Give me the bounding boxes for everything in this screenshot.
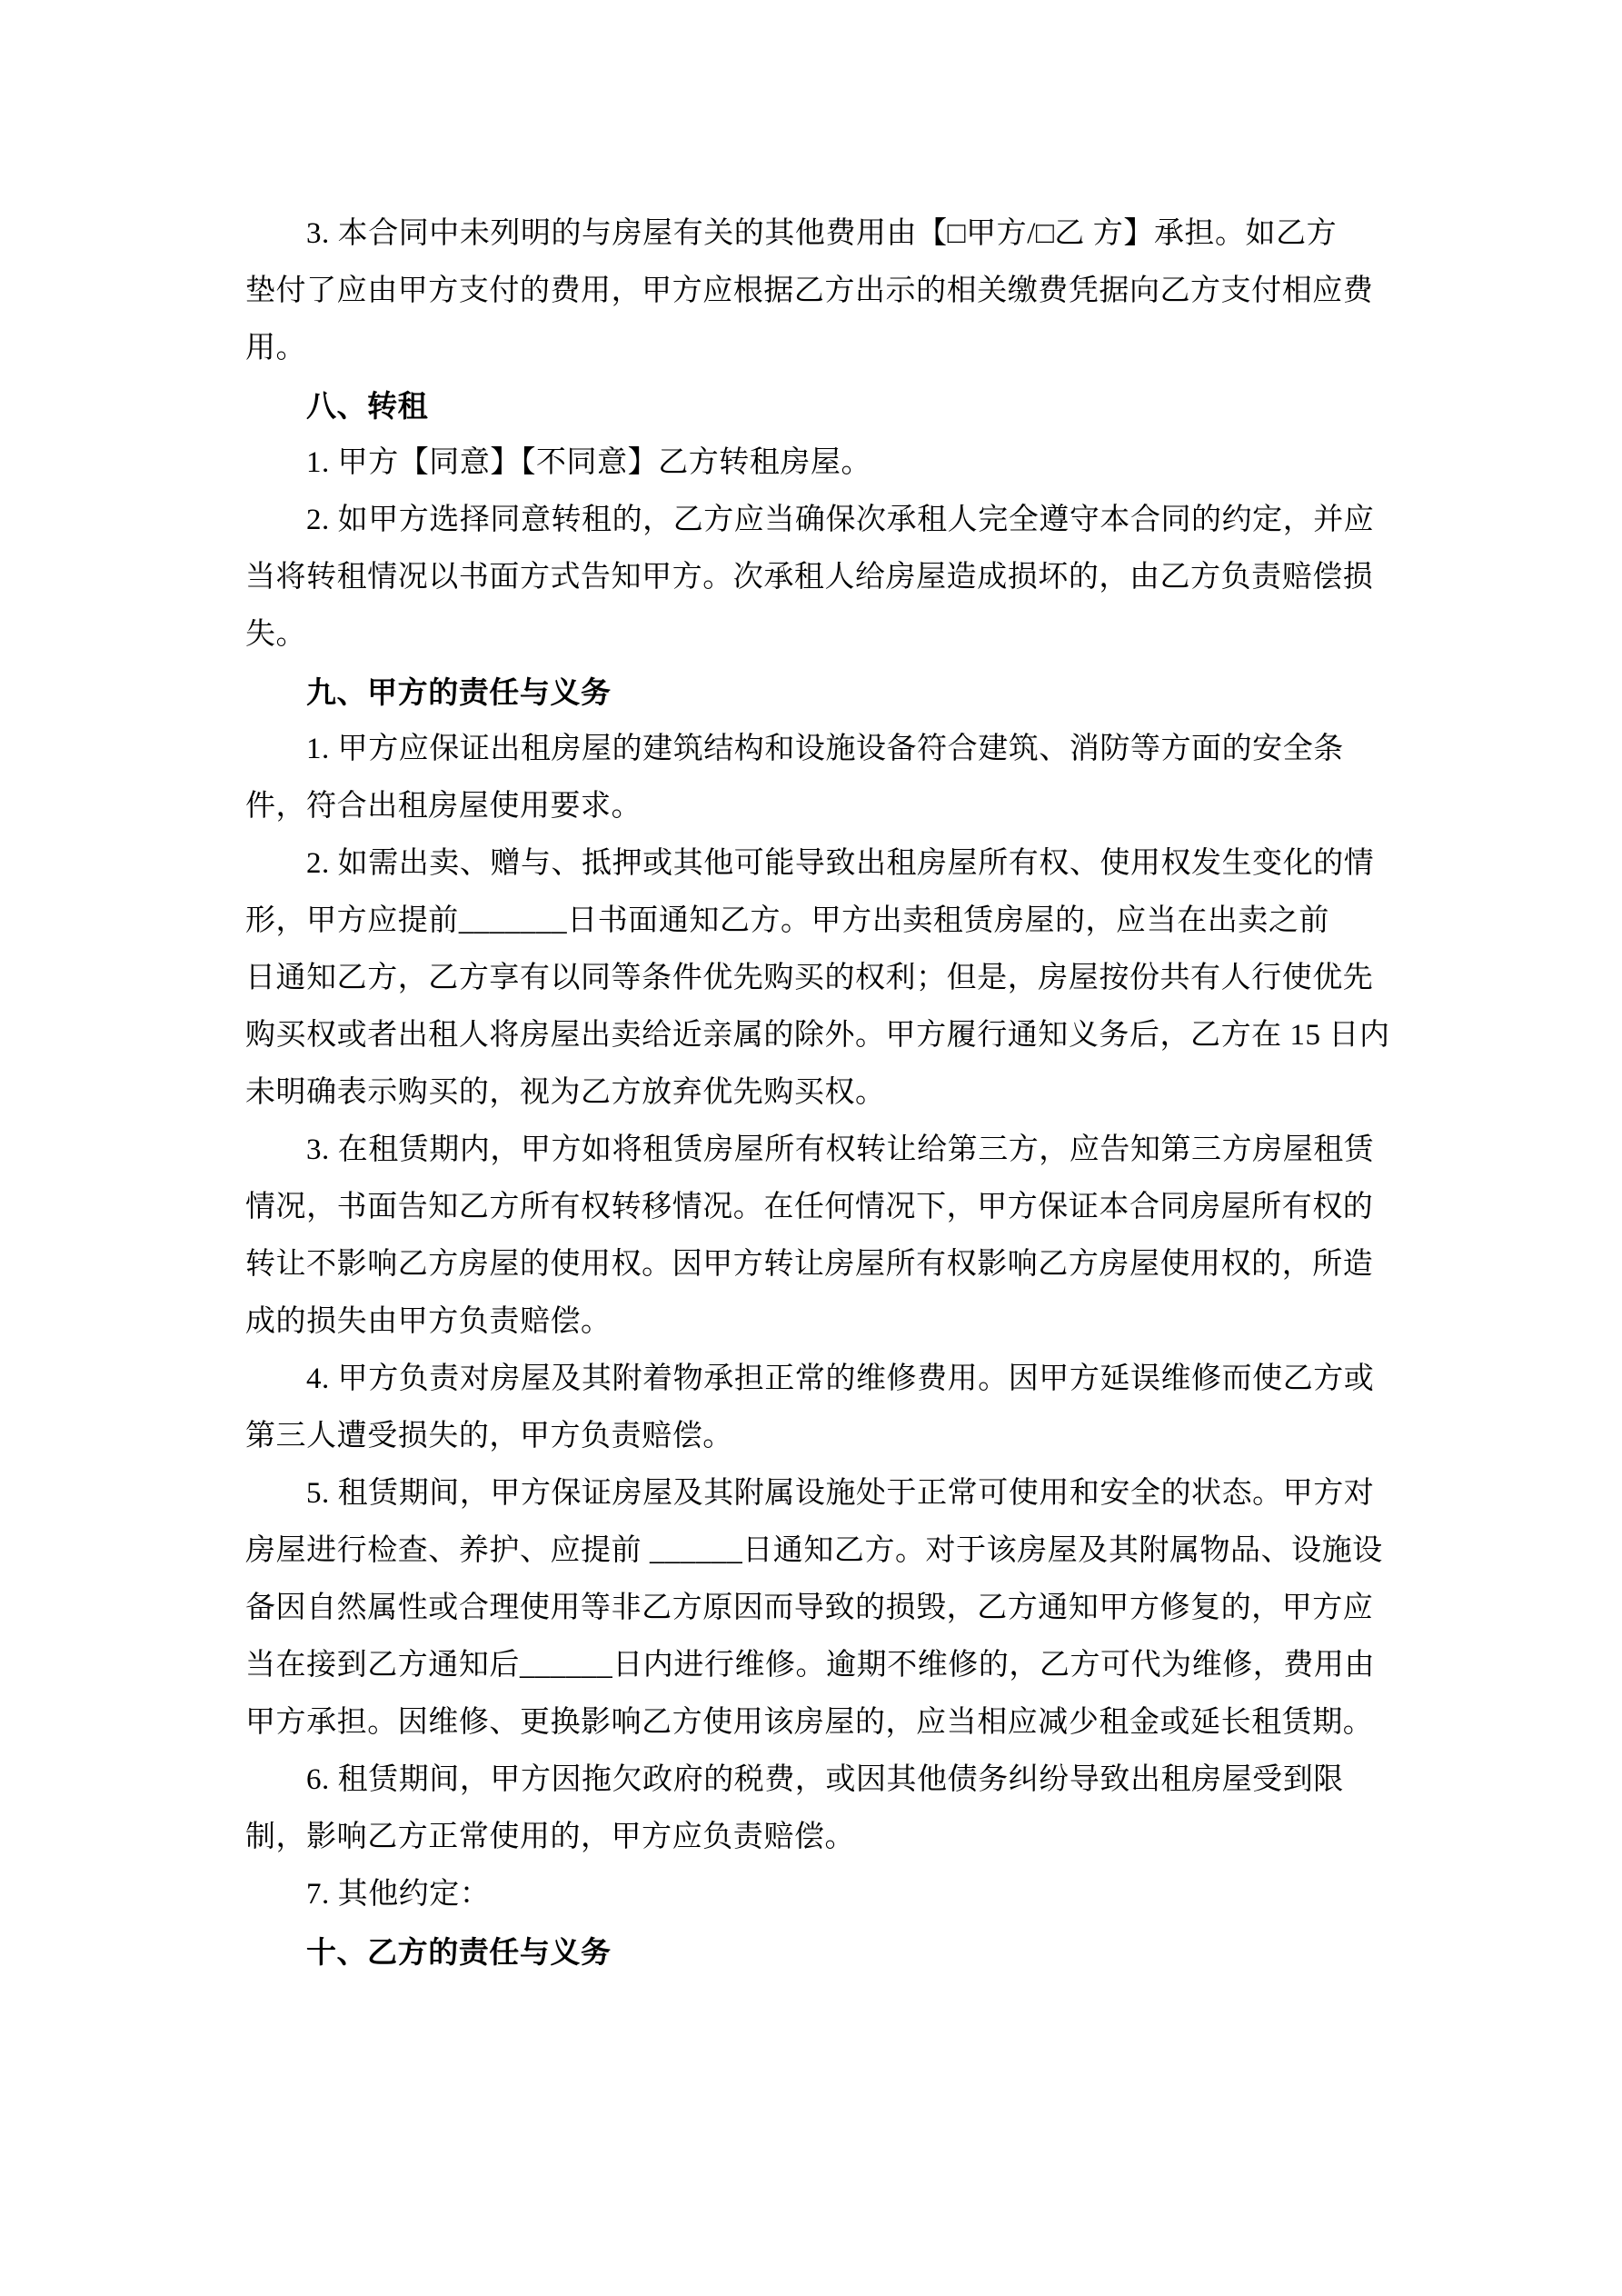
contract-page: 3. 本合同中未列明的与房屋有关的其他费用由【□甲方/□乙 方】承担。如乙方垫付…	[0, 0, 1622, 2296]
contract-line: 甲方承担。因维修、更换影响乙方使用该房屋的，应当相应减少租金或延长租赁期。	[245, 1694, 1377, 1752]
contract-line: 第三人遭受损失的，甲方负责赔偿。	[245, 1408, 1377, 1465]
contract-line: 3. 本合同中未列明的与房屋有关的其他费用由【□甲方/□乙 方】承担。如乙方	[245, 205, 1377, 263]
contract-line: 2. 如甲方选择同意转租的，乙方应当确保次承租人完全遵守本合同的约定，并应	[245, 492, 1377, 549]
contract-line: 1. 甲方应保证出租房屋的建筑结构和设施设备符合建筑、消防等方面的安全条	[245, 721, 1377, 778]
contract-text-block: 3. 本合同中未列明的与房屋有关的其他费用由【□甲方/□乙 方】承担。如乙方垫付…	[245, 205, 1377, 1981]
contract-line: 形，甲方应提前_______日书面通知乙方。甲方出卖租赁房屋的，应当在出卖之前	[245, 893, 1377, 950]
contract-line: 备因自然属性或合理使用等非乙方原因而导致的损毁，乙方通知甲方修复的，甲方应	[245, 1580, 1377, 1637]
contract-line: 日通知乙方，乙方享有以同等条件优先购买的权利；但是，房屋按份共有人行使优先	[245, 950, 1377, 1007]
contract-line: 6. 租赁期间，甲方因拖欠政府的税费，或因其他债务纠纷导致出租房屋受到限	[245, 1752, 1377, 1809]
section-heading: 九、甲方的责任与义务	[245, 664, 1377, 721]
contract-line: 4. 甲方负责对房屋及其附着物承担正常的维修费用。因甲方延误维修而使乙方或	[245, 1351, 1377, 1408]
contract-line: 7. 其他约定：	[245, 1866, 1377, 1923]
contract-line: 当将转租情况以书面方式告知甲方。次承租人给房屋造成损坏的，由乙方负责赔偿损	[245, 549, 1377, 606]
contract-line: 失。	[245, 606, 1377, 664]
contract-line: 制，影响乙方正常使用的，甲方应负责赔偿。	[245, 1809, 1377, 1866]
contract-line: 当在接到乙方通知后______日内进行维修。逾期不维修的，乙方可代为维修，费用由	[245, 1637, 1377, 1694]
section-heading: 八、转租	[245, 377, 1377, 434]
contract-line: 房屋进行检查、养护、应提前 ______日通知乙方。对于该房屋及其附属物品、设施…	[245, 1522, 1377, 1580]
contract-line: 情况，书面告知乙方所有权转移情况。在任何情况下，甲方保证本合同房屋所有权的	[245, 1179, 1377, 1236]
contract-line: 件，符合出租房屋使用要求。	[245, 778, 1377, 835]
contract-line: 5. 租赁期间，甲方保证房屋及其附属设施处于正常可使用和安全的状态。甲方对	[245, 1465, 1377, 1522]
contract-line: 转让不影响乙方房屋的使用权。因甲方转让房屋所有权影响乙方房屋使用权的，所造	[245, 1236, 1377, 1293]
contract-line: 用。	[245, 320, 1377, 377]
section-heading: 十、乙方的责任与义务	[245, 1923, 1377, 1981]
contract-line: 2. 如需出卖、赠与、抵押或其他可能导致出租房屋所有权、使用权发生变化的情	[245, 835, 1377, 893]
contract-line: 垫付了应由甲方支付的费用，甲方应根据乙方出示的相关缴费凭据向乙方支付相应费	[245, 263, 1377, 320]
contract-line: 成的损失由甲方负责赔偿。	[245, 1293, 1377, 1351]
contract-line: 1. 甲方【同意】【不同意】乙方转租房屋。	[245, 434, 1377, 492]
contract-line: 购买权或者出租人将房屋出卖给近亲属的除外。甲方履行通知义务后，乙方在 15 日内	[245, 1007, 1377, 1064]
contract-line: 未明确表示购买的，视为乙方放弃优先购买权。	[245, 1064, 1377, 1122]
contract-line: 3. 在租赁期内，甲方如将租赁房屋所有权转让给第三方，应告知第三方房屋租赁	[245, 1122, 1377, 1179]
